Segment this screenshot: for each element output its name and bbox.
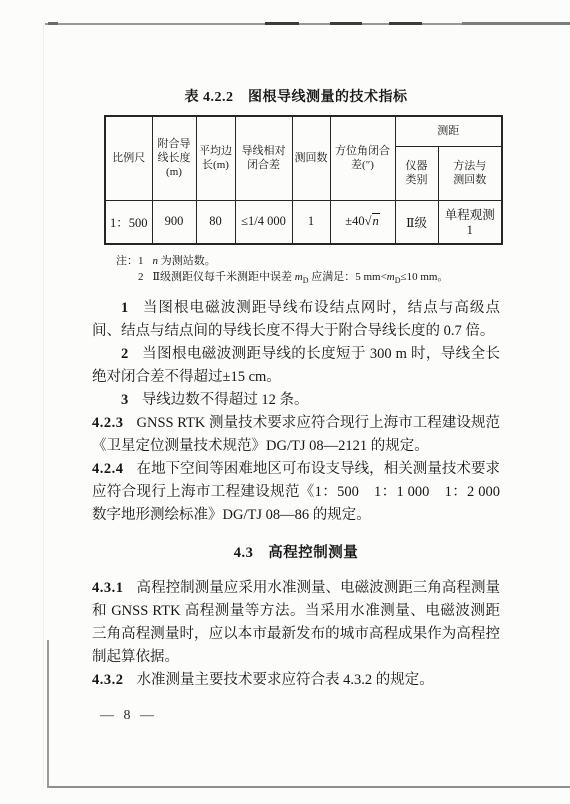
item-text: 当图根电磁波测距导线布设结点网时，结点与高级点间、结点与结点间的导线长度不得大于… (92, 300, 500, 339)
table-notes: 注：1n 为测站数。 2Ⅱ级测距仪每千米测距中误差 mD 应满足：5 mm<mD… (116, 254, 500, 288)
scan-edge-bottom (47, 786, 570, 788)
body-section-1: 1当图根电磁波测距导线布设结点网时，结点与高级点间、结点与结点间的导线长度不得大… (92, 297, 500, 527)
clause-text: GNSS RTK 测量技术要求应符合现行上海市工程建设规范《卫星定位测量技术规范… (92, 415, 500, 454)
azimuth-pm: ±40 (345, 214, 364, 228)
technical-indicators-table: 比例尺 附合导 线长度 (m) 平均边 长(m) 导线相对 闭合差 测回数 方位… (104, 115, 503, 245)
item-text: 当图根电磁波测距导线的长度短于 300 m 时，导线全长绝对闭合差不得超过±15… (92, 346, 500, 385)
scan-edge-left (47, 640, 49, 788)
note-variable-m: m (387, 271, 395, 283)
clause-number: 4.2.3 (92, 415, 124, 431)
clause-number: 4.3.2 (92, 672, 124, 688)
item-number: 3 (121, 392, 129, 408)
scan-edge-top-segment (48, 22, 58, 25)
azimuth-radicand: n (372, 213, 380, 228)
clause-text: 在地下空间等困难地区可布设支导线，相关测量技术要求应符合现行上海市工程建设规范《… (92, 461, 500, 523)
list-item: 1当图根电磁波测距导线布设结点网时，结点与高级点间、结点与结点间的导线长度不得大… (92, 297, 500, 343)
clause-paragraph: 4.3.2水准测量主要技术要求应符合表 4.3.2 的规定。 (92, 669, 500, 692)
note-1: 注：1n 为测站数。 (116, 254, 500, 270)
scan-edge-faint (43, 23, 44, 786)
list-item: 2当图根电磁波测距导线的长度短于 300 m 时，导线全长绝对闭合差不得超过±1… (92, 343, 500, 389)
td-method-rounds: 单程观测 1 (438, 200, 502, 244)
td-relative-closure: ≤1/4 000 (235, 200, 292, 244)
section-heading: 4.3 高程控制测量 (92, 541, 500, 562)
td-azimuth-closure: ±40√n (330, 200, 395, 244)
page-number: — 8 — (100, 708, 157, 724)
scan-edge-top-segment (330, 22, 362, 25)
td-attached-length: 900 (152, 200, 196, 244)
page-content: 表 4.2.2 图根导线测量的技术指标 比例尺 附合导 线长度 (m) 平均边 … (92, 86, 500, 692)
clause-text: 水准测量主要技术要求应符合表 4.3.2 的规定。 (137, 672, 434, 688)
th-scale: 比例尺 (105, 116, 152, 200)
sqrt-sign: √ (365, 214, 372, 228)
item-text: 导线边数不得超过 12 条。 (142, 392, 309, 408)
th-relative-closure: 导线相对 闭合差 (235, 116, 292, 200)
th-attached-length: 附合导 线长度 (m) (152, 116, 196, 200)
th-rounds: 测回数 (292, 116, 330, 200)
document-page: 表 4.2.2 图根导线测量的技术指标 比例尺 附合导 线长度 (m) 平均边 … (0, 0, 570, 804)
scan-edge-top-segment (265, 22, 299, 25)
td-instrument-class: Ⅱ级 (395, 200, 438, 244)
note-2: 2Ⅱ级测距仪每千米测距中误差 mD 应满足：5 mm<mD≤10 mm。 (116, 270, 500, 289)
th-instrument-class: 仪器 类别 (395, 146, 438, 200)
th-method-rounds: 方法与 测回数 (438, 146, 502, 200)
clause-paragraph: 4.2.4在地下空间等困难地区可布设支导线，相关测量技术要求应符合现行上海市工程… (92, 458, 500, 527)
clause-text: 高程控制测量应采用水准测量、电磁波测距三角高程测量和 GNSS RTK 高程测量… (92, 580, 500, 665)
item-number: 1 (121, 300, 129, 316)
td-scale: 1：500 (105, 200, 152, 244)
note-label: 注：1 (116, 255, 144, 267)
th-azimuth-closure: 方位角闭合 差(″) (330, 116, 395, 200)
list-item: 3导线边数不得超过 12 条。 (92, 389, 500, 412)
th-avg-side: 平均边 长(m) (196, 116, 235, 200)
item-number: 2 (121, 346, 129, 362)
note-text: ≤10 mm。 (401, 271, 449, 283)
note-text: 应满足：5 mm< (308, 271, 386, 283)
td-rounds: 1 (292, 200, 330, 244)
body-section-2: 4.3.1高程控制测量应采用水准测量、电磁波测距三角高程测量和 GNSS RTK… (92, 577, 500, 692)
note-number: 2 (138, 271, 144, 283)
clause-paragraph: 4.2.3GNSS RTK 测量技术要求应符合现行上海市工程建设规范《卫星定位测… (92, 412, 500, 458)
scan-edge-top-segment (462, 22, 570, 25)
th-distance-group: 测距 (395, 116, 502, 146)
scan-edge-top-segment (389, 22, 422, 25)
td-avg-side: 80 (196, 200, 235, 244)
clause-number: 4.2.4 (92, 461, 124, 477)
table-title: 表 4.2.2 图根导线测量的技术指标 (92, 86, 500, 106)
note-text: 为测站数。 (158, 255, 216, 267)
note-variable-m: m (295, 271, 303, 283)
clause-number: 4.3.1 (92, 580, 124, 596)
note-text: Ⅱ级测距仪每千米测距中误差 (153, 271, 295, 283)
clause-paragraph: 4.3.1高程控制测量应采用水准测量、电磁波测距三角高程测量和 GNSS RTK… (92, 577, 500, 669)
